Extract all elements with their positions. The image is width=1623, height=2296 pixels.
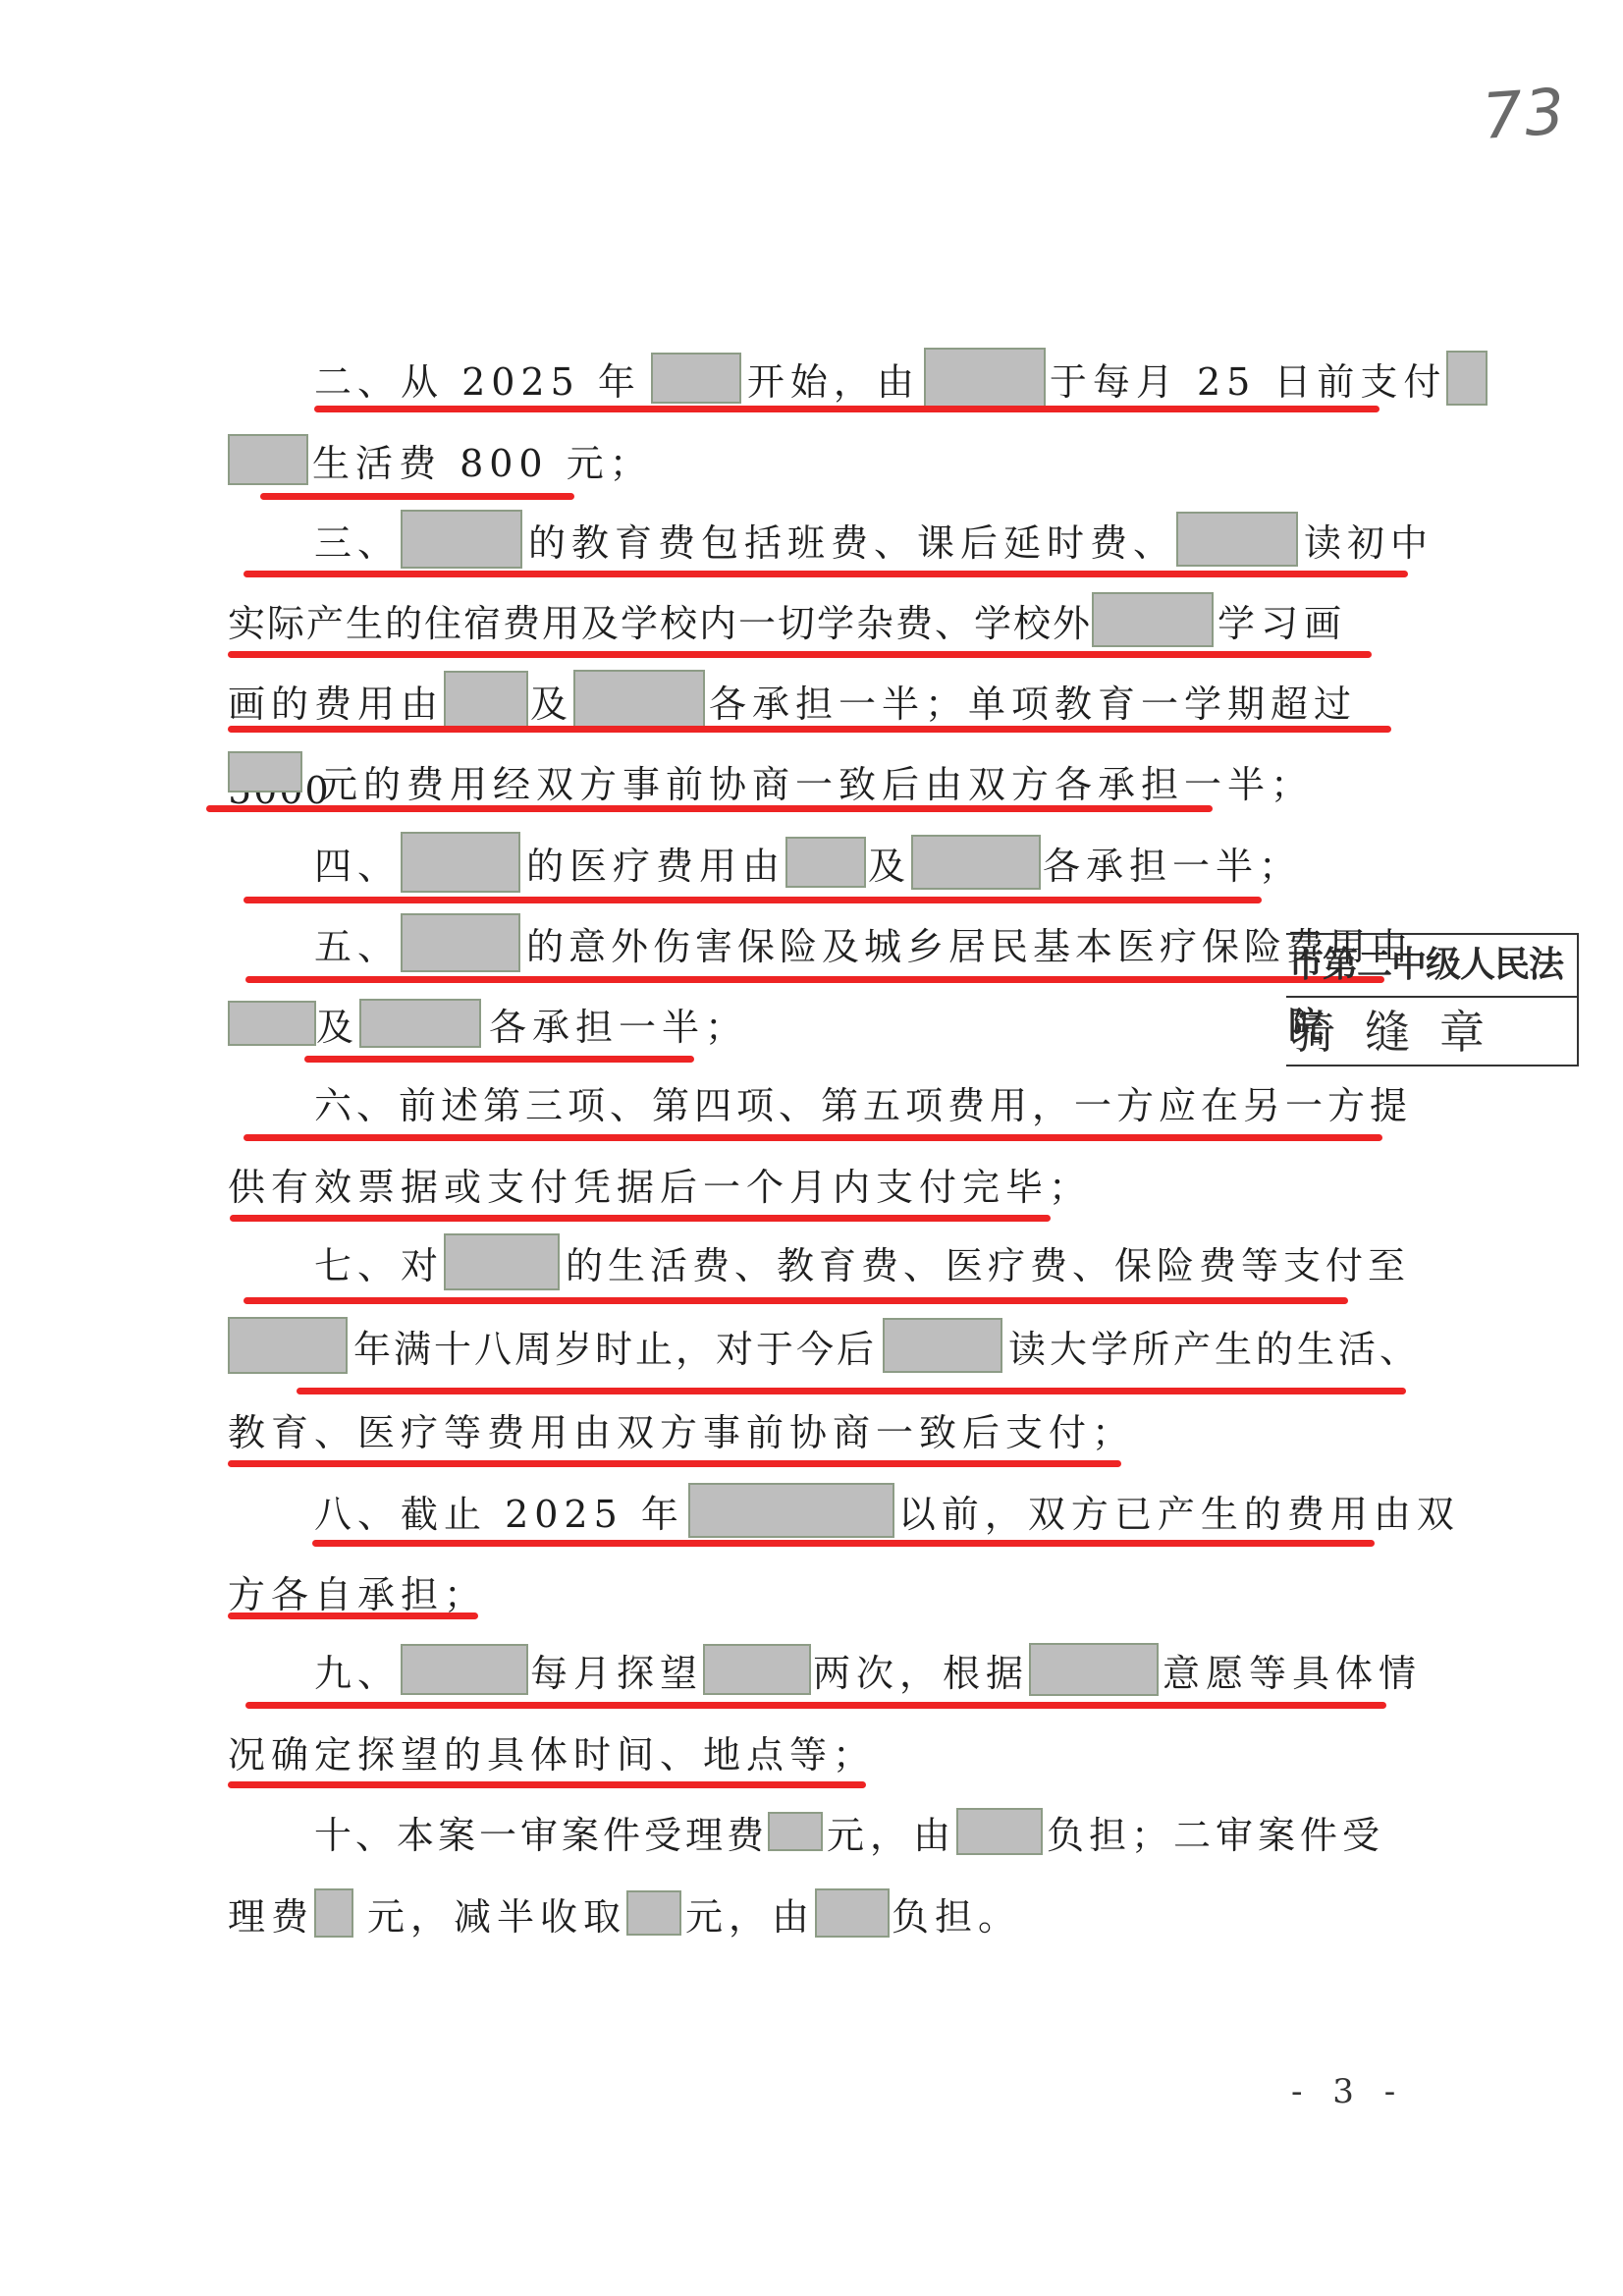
redaction-box: [401, 913, 520, 972]
redaction-box: [1446, 351, 1488, 406]
text-segment: 生活费 800 元；: [312, 433, 653, 487]
text-segment: 学习画: [1217, 593, 1347, 647]
handwritten-page-number: 73: [1481, 76, 1569, 154]
text-segment: 六、前述第三项、第四项、第五项费用，一方应在另一方提: [314, 1075, 1412, 1129]
paragraph-line: 七、对 的生活费、教育费、医疗费、保险费等支付至: [314, 1228, 1410, 1296]
text-segment: 的教育费包括班费、课后延时费、: [528, 513, 1176, 567]
red-underline: [243, 897, 1262, 903]
text-segment: 各承担一半；: [1043, 836, 1302, 890]
text-segment: 及: [316, 997, 359, 1051]
text-segment: 四、: [314, 836, 401, 890]
red-underline: [228, 651, 1372, 658]
text-segment: 元，减半收取: [367, 1886, 626, 1941]
stamp-label: 骑缝章: [1286, 998, 1577, 1066]
red-underline: [228, 1460, 1121, 1467]
text-segment: 读初中: [1304, 513, 1434, 567]
text-segment: 每月探望: [530, 1643, 703, 1697]
paragraph-line: 实际产生的住宿费用及学校内一切学杂费、学校外 学习画: [228, 585, 1347, 654]
text-segment: 开始，由: [747, 352, 920, 406]
text-segment: 各承担一半；单项教育一学期超过: [709, 674, 1357, 728]
redaction-box: [401, 1644, 528, 1695]
text-segment: 七、对: [314, 1235, 444, 1289]
stamp-court-name: 市第二中级人民法院: [1286, 935, 1577, 998]
text-segment: 三、: [314, 513, 401, 567]
paragraph-line: 画的费用由 及 各承担一半；单项教育一学期超过: [228, 666, 1357, 735]
red-underline: [228, 726, 1391, 733]
redaction-box: [228, 751, 302, 793]
paragraph-line: 及 各承担一半；: [228, 989, 748, 1058]
text-segment: 的生活费、教育费、医疗费、保险费等支付至: [566, 1235, 1410, 1289]
red-underline: [260, 493, 574, 500]
redaction-box: [651, 353, 741, 404]
redaction-box: [815, 1888, 890, 1938]
redaction-box: [883, 1318, 1002, 1373]
paragraph-line: 三、 的教育费包括班费、课后延时费、 读初中: [314, 505, 1434, 574]
text-segment: 负担；二审案件受: [1047, 1805, 1384, 1859]
red-underline: [206, 805, 1213, 812]
redaction-box: [768, 1812, 823, 1851]
redaction-box: [956, 1808, 1043, 1855]
red-underline: [312, 1540, 1375, 1547]
redaction-box: [444, 1233, 560, 1290]
red-underline: [228, 1613, 478, 1619]
text-segment: 负担。: [892, 1886, 1021, 1941]
red-underline: [243, 571, 1408, 577]
text-segment: 的医疗费用由: [526, 836, 785, 890]
redaction-box: [911, 835, 1041, 890]
red-underline: [245, 976, 1384, 983]
text-segment: 十、本案一审案件受理费: [314, 1805, 768, 1859]
seam-seal-stamp: 市第二中级人民法院 骑缝章: [1286, 933, 1579, 1066]
text-segment: 元的费用经双方事前协商一致后由双方各承担一半；: [320, 754, 1314, 808]
text-segment: 况确定探望的具体时间、地点等；: [228, 1724, 876, 1778]
paragraph-line: 九、 每月探望 两次，根据 意愿等具体情: [314, 1635, 1422, 1704]
redaction-box: [401, 510, 522, 569]
text-segment: 画的费用由: [228, 674, 444, 728]
text-segment: 五、: [314, 916, 401, 970]
partially-redacted-amount: 5000: [228, 759, 320, 802]
redaction-box: [314, 1888, 353, 1938]
redaction-box: [703, 1644, 811, 1695]
red-underline: [245, 1702, 1386, 1709]
text-segment: 二、从 2025 年: [314, 352, 641, 406]
text-segment: 的意外伤害保险及城乡居民基本医疗保险费用由: [526, 916, 1413, 970]
redaction-box: [573, 670, 705, 731]
text-segment: 九、: [314, 1643, 401, 1697]
paragraph-line: 教育、医疗等费用由双方事前协商一致后支付；: [228, 1394, 1135, 1463]
redaction-box: [785, 837, 866, 888]
redaction-box: [626, 1890, 681, 1936]
redaction-box: [228, 434, 308, 485]
text-segment: 两次，根据: [813, 1643, 1029, 1697]
text-segment: 年满十八周岁时止，对于今后: [353, 1319, 877, 1373]
text-segment: 方各自承担；: [228, 1564, 487, 1618]
text-segment: 意愿等具体情: [1163, 1643, 1422, 1697]
text-segment: 读大学所产生的生活、: [1008, 1319, 1421, 1373]
text-segment: 及: [530, 674, 573, 728]
text-segment: 实际产生的住宿费用及学校内一切学杂费、学校外: [228, 593, 1092, 647]
red-underline: [243, 1297, 1348, 1304]
redaction-box: [1176, 512, 1298, 567]
red-underline: [304, 1056, 694, 1063]
redaction-box: [1029, 1643, 1159, 1696]
paragraph-line: 五、 的意外伤害保险及城乡居民基本医疗保险费用由: [314, 908, 1413, 977]
paragraph-line: 生活费 800 元；: [228, 425, 653, 494]
paragraph-line: 十、本案一审案件受理费 元，由 负担；二审案件受: [314, 1797, 1384, 1866]
paragraph-line: 理费 元，减半收取 元，由 负担。: [228, 1879, 1021, 1947]
red-underline: [314, 406, 1380, 412]
redaction-box: [1092, 592, 1214, 647]
redaction-box: [688, 1483, 894, 1538]
text-segment: 供有效票据或支付凭据后一个月内支付完毕；: [228, 1157, 1092, 1211]
paragraph-line: 六、前述第三项、第四项、第五项费用，一方应在另一方提: [314, 1067, 1412, 1136]
text-segment: 于每月 25 日前支付: [1050, 352, 1447, 406]
paragraph-line: 况确定探望的具体时间、地点等；: [228, 1717, 876, 1785]
paragraph-line: 年满十八周岁时止，对于今后 读大学所产生的生活、: [228, 1311, 1421, 1380]
text-segment: 教育、医疗等费用由双方事前协商一致后支付；: [228, 1402, 1135, 1456]
red-underline: [297, 1388, 1406, 1394]
red-underline: [230, 1215, 1051, 1222]
text-segment: 元，由: [827, 1805, 956, 1859]
redaction-box: [228, 1001, 316, 1046]
text-segment: 理费: [228, 1886, 314, 1941]
text-segment: 及: [868, 836, 911, 890]
text-segment: 八、截止 2025 年: [314, 1484, 684, 1538]
paragraph-line: 八、截止 2025 年 以前，双方已产生的费用由双: [314, 1476, 1460, 1545]
redaction-box: [359, 999, 481, 1048]
redaction-box: [228, 1317, 348, 1374]
page-number: - 3 -: [1291, 2072, 1405, 2111]
red-underline: [243, 1134, 1382, 1141]
redaction-box: [401, 832, 520, 893]
redaction-box: [444, 671, 528, 730]
paragraph-line: 二、从 2025 年 开始，由 于每月 25 日前支付: [314, 344, 1488, 412]
paragraph-line: 四、 的医疗费用由 及 各承担一半；: [314, 828, 1302, 897]
text-segment: 各承担一半；: [489, 997, 748, 1051]
redaction-box: [924, 348, 1046, 409]
text-segment: 元，由: [685, 1886, 815, 1941]
paragraph-line: 供有效票据或支付凭据后一个月内支付完毕；: [228, 1149, 1092, 1218]
text-segment: 以前，双方已产生的费用由双: [898, 1484, 1460, 1538]
red-underline: [228, 1781, 866, 1788]
